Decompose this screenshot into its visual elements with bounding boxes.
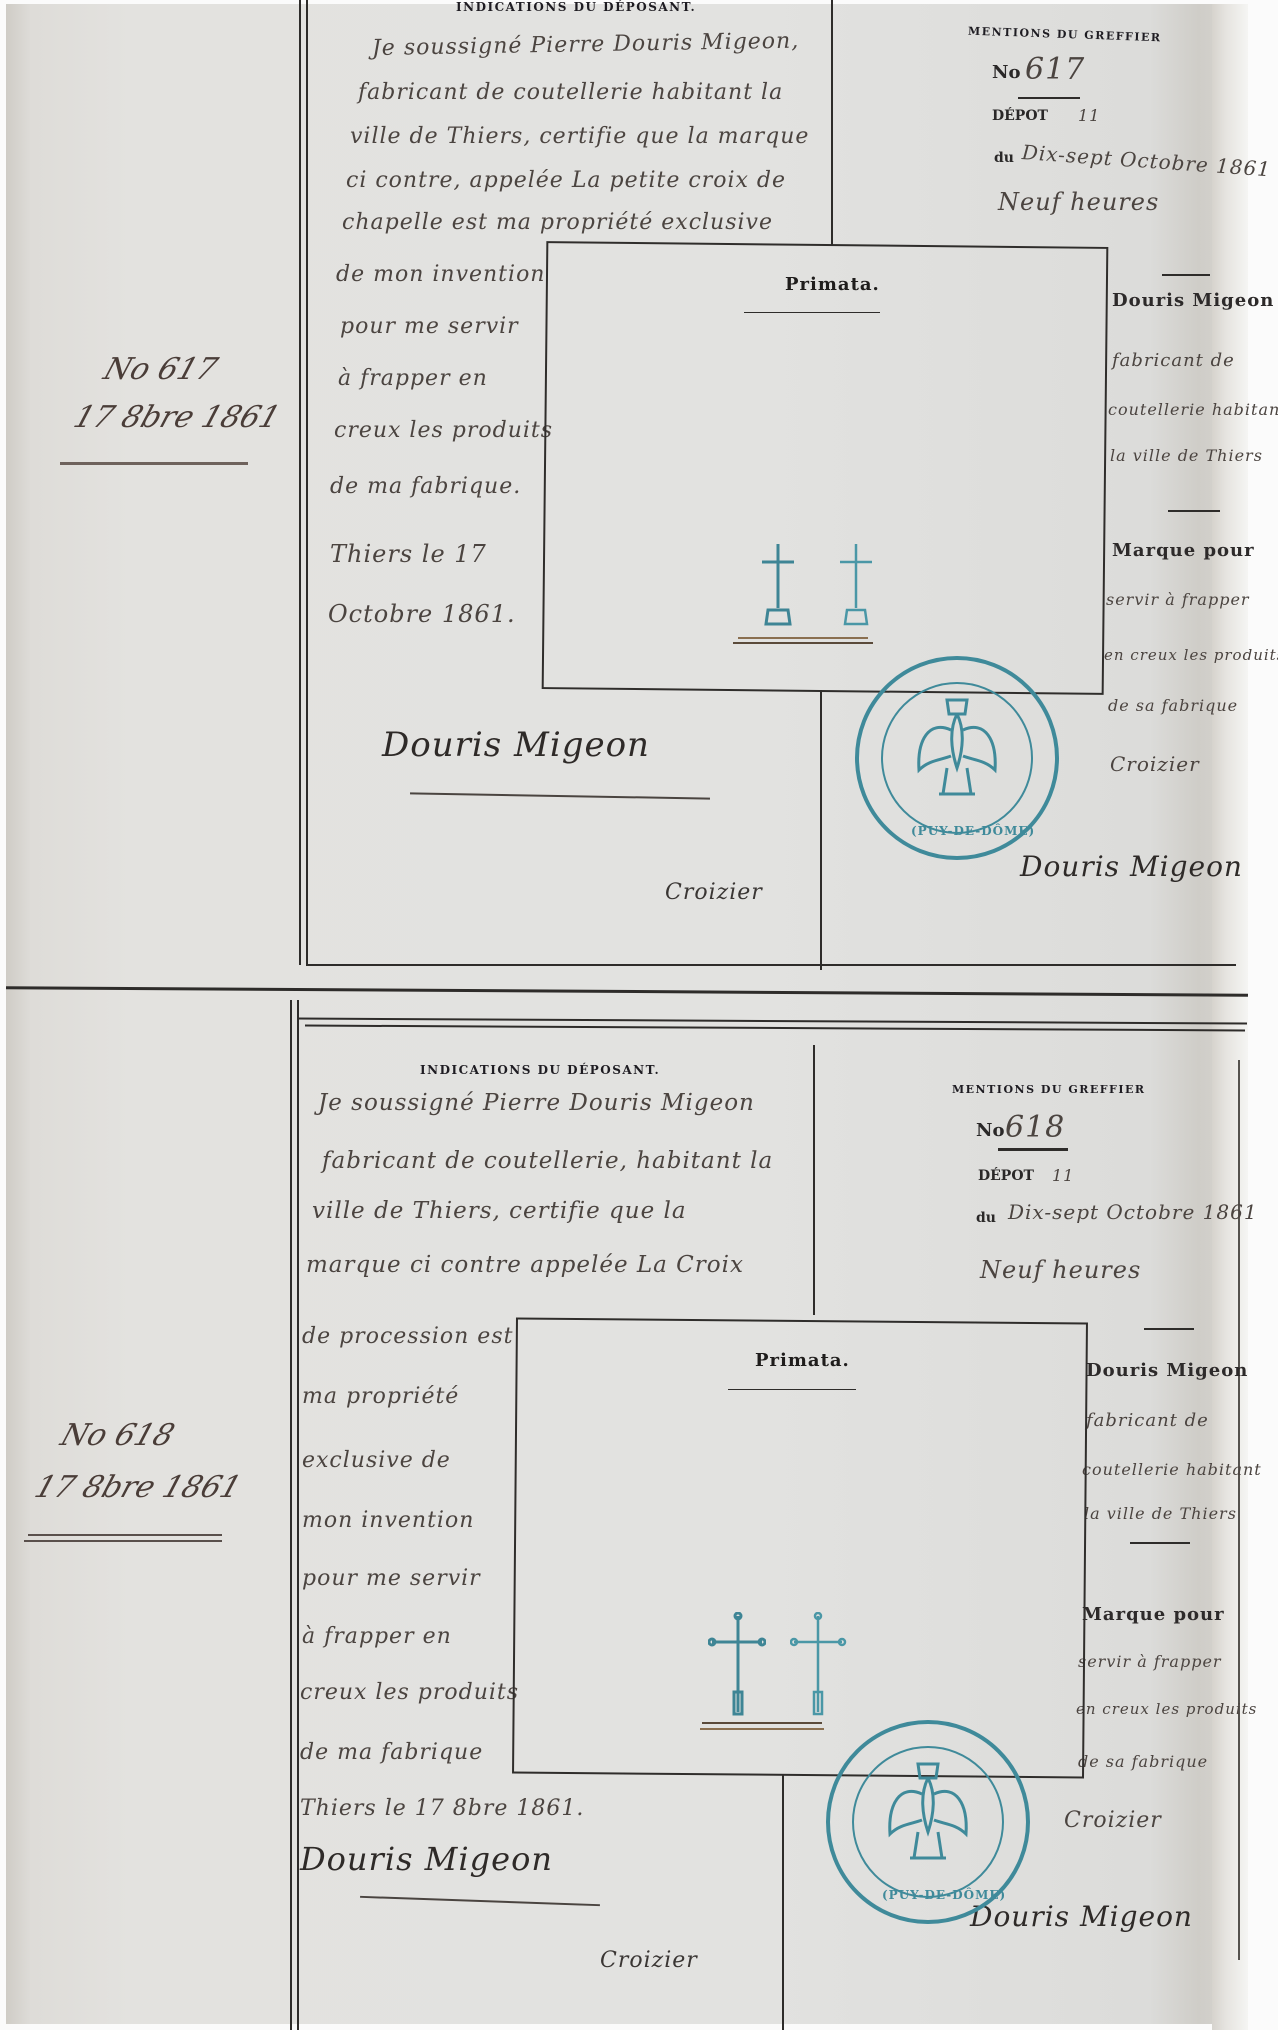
left-double-rule-a (290, 1000, 292, 2030)
clerk-dash-2 (1168, 510, 1220, 512)
mark-baseline (738, 637, 868, 639)
column-divider-lower (782, 1775, 784, 2030)
clerk-signature: Douris Migeon (1020, 850, 1243, 883)
clerk-number-label: No (976, 1120, 1004, 1141)
greffier-initials: Croizier (600, 1948, 698, 1973)
left-double-rule-b (297, 1000, 299, 2030)
greffier-initials-right: Croizier (1110, 752, 1200, 776)
cross-icon (752, 540, 802, 630)
ledger-date: 17 8bre 1861 (30, 1470, 245, 1505)
ledger-underline-2 (24, 1540, 222, 1542)
right-border (1238, 1060, 1240, 1960)
mark-title-underline (744, 312, 880, 313)
clerk-number-underline (998, 1148, 1068, 1151)
clerk-header: MENTIONS DU GREFFIER (952, 1083, 1146, 1096)
mark-title-underline (728, 1389, 856, 1390)
mark-baseline-2 (733, 642, 873, 644)
court-stamp: (PUY-DE-DÔME) (826, 1720, 1030, 1924)
depositor-header: INDICATIONS DU DÉPOSANT. (420, 1063, 660, 1077)
clerk-number: 618 (1005, 1110, 1065, 1145)
depot-time: Neuf heures (998, 188, 1159, 216)
clerk-dash (1162, 274, 1210, 276)
mark-baseline-2 (700, 1728, 824, 1730)
entry-bottom-rule (306, 964, 1236, 966)
du-label: du (994, 150, 1014, 166)
clerk-number: 617 (1025, 52, 1085, 87)
clerk-number-label: No (992, 62, 1020, 83)
ledger-underline (28, 1534, 222, 1536)
depositor-signature: Douris Migeon (300, 1840, 553, 1878)
clerk-dash (1144, 1328, 1194, 1330)
mark-title: Primata. (755, 1350, 850, 1371)
depot-value: 11 (1052, 1166, 1074, 1185)
depot-label: DÉPOT (992, 108, 1048, 124)
left-double-rule-b (306, 0, 308, 965)
du-label: du (976, 1210, 996, 1226)
processional-cross-icon (708, 1612, 766, 1722)
eagle-icon (870, 1754, 986, 1884)
ledger-number: No 618 (56, 1418, 178, 1453)
depositor-header: INDICATIONS DU DÉPOSANT. (456, 0, 696, 14)
greffier-initials: Croizier (665, 880, 763, 905)
stamp-bottom-text: (PUY-DE-DÔME) (911, 824, 1035, 838)
greffier-initials-right: Croizier (1064, 1808, 1162, 1833)
depositor-signature: Douris Migeon (382, 725, 650, 765)
depot-time: Neuf heures (980, 1256, 1141, 1284)
mark-box (542, 241, 1109, 695)
depot-label: DÉPOT (978, 1168, 1034, 1184)
court-stamp: TRIBUNAL DE COMMERCE DE THIERS (PUY-DE-D… (855, 656, 1059, 860)
eagle-icon (899, 690, 1015, 820)
column-divider (813, 1045, 815, 1315)
depot-value: 11 (1078, 106, 1100, 125)
ledger-number: No 617 (99, 352, 221, 387)
clerk-dash-2 (1130, 1542, 1190, 1544)
stamp-bottom-text: (PUY-DE-DÔME) (882, 1888, 1006, 1902)
clerk-signature: Douris Migeon (970, 1900, 1193, 1933)
column-divider (831, 0, 833, 245)
processional-cross-icon (790, 1612, 848, 1722)
column-divider-lower (820, 690, 822, 970)
mark-title: Primata. (785, 274, 880, 295)
left-double-rule-a (299, 0, 301, 965)
mark-baseline (702, 1722, 822, 1724)
cross-icon (832, 540, 882, 630)
ledger-underline (60, 462, 248, 465)
ledger-date: 17 8bre 1861 (69, 400, 284, 435)
depot-date: Dix-sept Octobre 1861 (1008, 1200, 1258, 1224)
clerk-number-underline (1018, 97, 1080, 99)
